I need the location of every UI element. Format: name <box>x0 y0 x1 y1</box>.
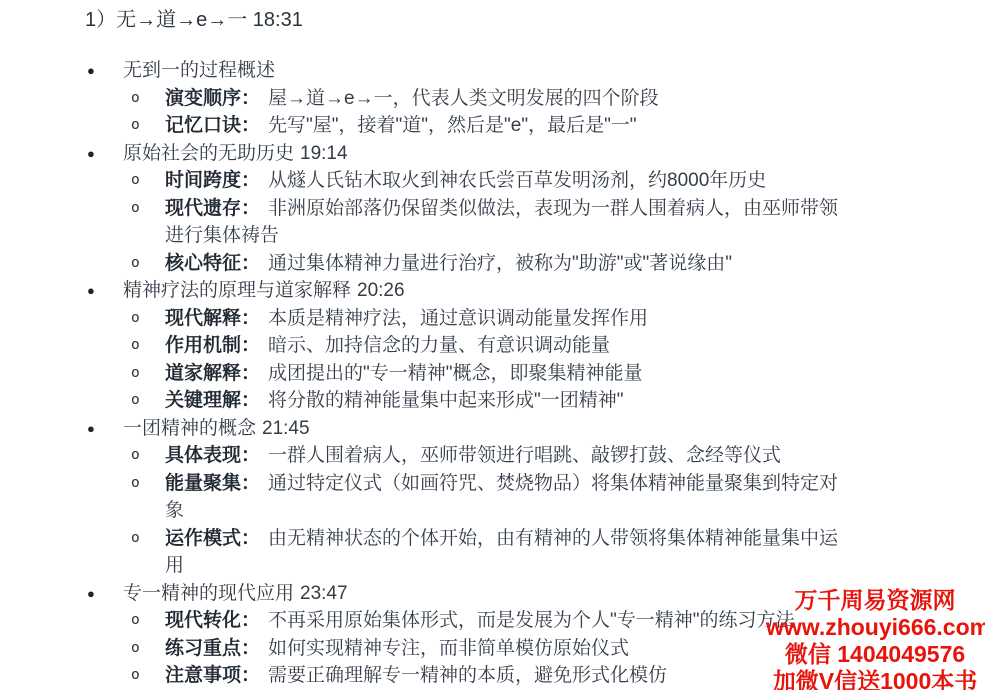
label-colon: ： <box>241 170 260 191</box>
item-text: 将分散的精神能量集中起来形成"一团精神" <box>268 390 624 411</box>
circle-bullet-icon: o <box>131 387 140 414</box>
list-item: o 记忆口诀：先写"屋"，接着"道"，然后是"e"，最后是"一" <box>85 112 985 140</box>
list-item: o 能量聚集：通过特定仪式（如画符咒、焚烧物品）将集体精神能量聚集到特定对 象 <box>85 470 985 525</box>
watermark-site-name: 万千周易资源网 <box>766 587 984 614</box>
list-item: o 现代解释：本质是精神疗法，通过意识调动能量发挥作用 <box>85 305 985 333</box>
timestamp: 23:47 <box>300 583 348 604</box>
list-item: o 运作模式：由无精神状态的个体开始，由有精神的人带领将集体精神能量集中运 用 <box>85 525 985 580</box>
circle-bullet-icon: o <box>131 305 140 332</box>
item-label: 演变顺序 <box>165 88 241 109</box>
section-title-text: 精神疗法的原理与道家解释 <box>123 280 351 301</box>
item-label: 能量聚集 <box>165 473 241 494</box>
section-title: ● 原始社会的无助历史19:14 <box>85 140 985 168</box>
circle-bullet-icon: o <box>131 470 140 497</box>
bullet-icon: ● <box>87 57 95 85</box>
bullet-icon: ● <box>87 580 95 608</box>
label-colon: ： <box>241 610 260 631</box>
list-item: o 作用机制：暗示、加持信念的力量、有意识调动能量 <box>85 332 985 360</box>
label-colon: ： <box>241 335 260 356</box>
section-title: ● 精神疗法的原理与道家解释20:26 <box>85 277 985 305</box>
bullet-icon: ● <box>87 277 95 305</box>
bullet-icon: ● <box>87 140 95 168</box>
list-item: o 具体表现：一群人围着病人，巫师带领进行唱跳、敲锣打鼓、念经等仪式 <box>85 442 985 470</box>
watermark-url: www.zhouyi666.com <box>766 614 984 641</box>
circle-bullet-icon: o <box>131 167 140 194</box>
label-colon: ： <box>241 665 260 686</box>
label-colon: ： <box>241 638 260 659</box>
section-title: ● 无到一的过程概述 <box>85 57 985 85</box>
item-text: 本质是精神疗法，通过意识调动能量发挥作用 <box>268 308 648 329</box>
watermark-promo: 加微V信送1000本书 <box>766 668 984 690</box>
item-text: 非洲原始部落仍保留类似做法，表现为一群人围着病人，由巫师带领 <box>268 198 838 219</box>
watermark-wechat-id: 微信 1404049576 <box>766 641 984 668</box>
item-text-wrap: 象 <box>165 497 985 525</box>
item-label: 现代转化 <box>165 610 241 631</box>
circle-bullet-icon: o <box>131 332 140 359</box>
circle-bullet-icon: o <box>131 195 140 222</box>
circle-bullet-icon: o <box>131 525 140 552</box>
circle-bullet-icon: o <box>131 85 140 112</box>
item-text: 成团提出的"专一精神"概念，即聚集精神能量 <box>268 363 643 384</box>
watermark: 万千周易资源网 www.zhouyi666.com 微信 1404049576 … <box>766 587 984 690</box>
timestamp: 19:14 <box>300 143 348 164</box>
item-label: 现代遗存 <box>165 198 241 219</box>
label-colon: ： <box>241 473 260 494</box>
item-label: 时间跨度 <box>165 170 241 191</box>
list-item: o 关键理解：将分散的精神能量集中起来形成"一团精神" <box>85 387 985 415</box>
label-colon: ： <box>241 198 260 219</box>
item-text: 暗示、加持信念的力量、有意识调动能量 <box>268 335 610 356</box>
list-item: o 核心特征：通过集体精神力量进行治疗，被称为"助游"或"著说缘由" <box>85 250 985 278</box>
item-text: 由无精神状态的个体开始，由有精神的人带领将集体精神能量集中运 <box>268 528 838 549</box>
item-text-wrap: 进行集体祷告 <box>165 222 985 250</box>
list-item: o 时间跨度：从燧人氏钻木取火到神农氏尝百草发明汤剂，约8000年历史 <box>85 167 985 195</box>
item-text: 屋→道→e→一，代表人类文明发展的四个阶段 <box>268 88 659 109</box>
label-colon: ： <box>241 363 260 384</box>
item-label: 作用机制 <box>165 335 241 356</box>
item-text: 一群人围着病人，巫师带领进行唱跳、敲锣打鼓、念经等仪式 <box>268 445 781 466</box>
label-colon: ： <box>241 308 260 329</box>
label-colon: ： <box>241 390 260 411</box>
section-title-text: 原始社会的无助历史 <box>123 143 294 164</box>
item-label: 道家解释 <box>165 363 241 384</box>
item-label: 注意事项 <box>165 665 241 686</box>
item-label: 练习重点 <box>165 638 241 659</box>
circle-bullet-icon: o <box>131 607 140 634</box>
item-text: 通过特定仪式（如画符咒、焚烧物品）将集体精神能量聚集到特定对 <box>268 473 838 494</box>
circle-bullet-icon: o <box>131 112 140 139</box>
circle-bullet-icon: o <box>131 360 140 387</box>
label-colon: ： <box>241 528 260 549</box>
item-text: 先写"屋"，接着"道"，然后是"e"，最后是"一" <box>268 115 637 136</box>
timestamp: 21:45 <box>262 418 310 439</box>
bullet-icon: ● <box>87 415 95 443</box>
list-item: o 演变顺序：屋→道→e→一，代表人类文明发展的四个阶段 <box>85 85 985 113</box>
circle-bullet-icon: o <box>131 442 140 469</box>
item-label: 记忆口诀 <box>165 115 241 136</box>
item-text: 从燧人氏钻木取火到神农氏尝百草发明汤剂，约8000年历史 <box>268 170 766 191</box>
label-colon: ： <box>241 253 260 274</box>
outline-heading: 1）无→道→e→一 18:31 <box>85 6 985 34</box>
item-label: 具体表现 <box>165 445 241 466</box>
label-colon: ： <box>241 115 260 136</box>
item-text: 通过集体精神力量进行治疗，被称为"助游"或"著说缘由" <box>268 253 732 274</box>
section-title: ● 一团精神的概念21:45 <box>85 415 985 443</box>
circle-bullet-icon: o <box>131 250 140 277</box>
list-item: o 道家解释：成团提出的"专一精神"概念，即聚集精神能量 <box>85 360 985 388</box>
section-title-text: 无到一的过程概述 <box>123 60 275 81</box>
section-title-text: 一团精神的概念 <box>123 418 256 439</box>
item-label: 关键理解 <box>165 390 241 411</box>
circle-bullet-icon: o <box>131 662 140 689</box>
label-colon: ： <box>241 445 260 466</box>
section-title-text: 专一精神的现代应用 <box>123 583 294 604</box>
circle-bullet-icon: o <box>131 635 140 662</box>
item-text: 如何实现精神专注，而非简单模仿原始仪式 <box>268 638 629 659</box>
item-label: 运作模式 <box>165 528 241 549</box>
item-text: 不再采用原始集体形式，而是发展为个人"专一精神"的练习方法 <box>268 610 795 631</box>
item-label: 核心特征 <box>165 253 241 274</box>
label-colon: ： <box>241 88 260 109</box>
list-item: o 现代遗存：非洲原始部落仍保留类似做法，表现为一群人围着病人，由巫师带领 进行… <box>85 195 985 250</box>
timestamp: 20:26 <box>357 280 405 301</box>
item-text: 需要正确理解专一精神的本质，避免形式化模仿 <box>268 665 667 686</box>
item-label: 现代解释 <box>165 308 241 329</box>
item-text-wrap: 用 <box>165 552 985 580</box>
